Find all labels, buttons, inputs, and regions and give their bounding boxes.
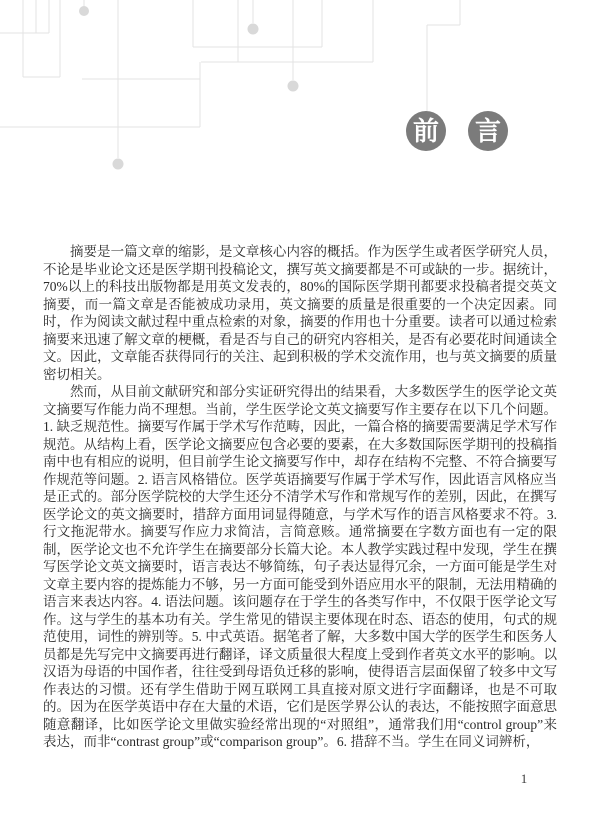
deco-dot — [288, 81, 299, 92]
preface-title-char-1: 前 — [413, 118, 439, 144]
paragraph-2: 然而，从目前文献研究和部分实证研究得出的结果看，大多数医学生的医学论文英文摘要写… — [43, 383, 557, 751]
preface-page: 前 言 摘要是一篇文章的缩影，是文章核心内容的概括。作为医学生或者医学研究人员，… — [0, 0, 600, 835]
deco-dot — [113, 159, 124, 170]
preface-title-badge-2: 言 — [468, 111, 508, 151]
paragraph-1: 摘要是一篇文章的缩影，是文章核心内容的概括。作为医学生或者医学研究人员，不论是毕… — [43, 243, 557, 383]
preface-title-char-2: 言 — [475, 118, 501, 144]
deco-dot — [248, 24, 259, 35]
circuit-pattern-decoration — [0, 0, 600, 200]
preface-title-badge-1: 前 — [406, 111, 446, 151]
deco-dot — [79, 6, 89, 16]
preface-body-text: 摘要是一篇文章的缩影，是文章核心内容的概括。作为医学生或者医学研究人员，不论是毕… — [43, 243, 557, 751]
page-number: 1 — [512, 771, 536, 787]
